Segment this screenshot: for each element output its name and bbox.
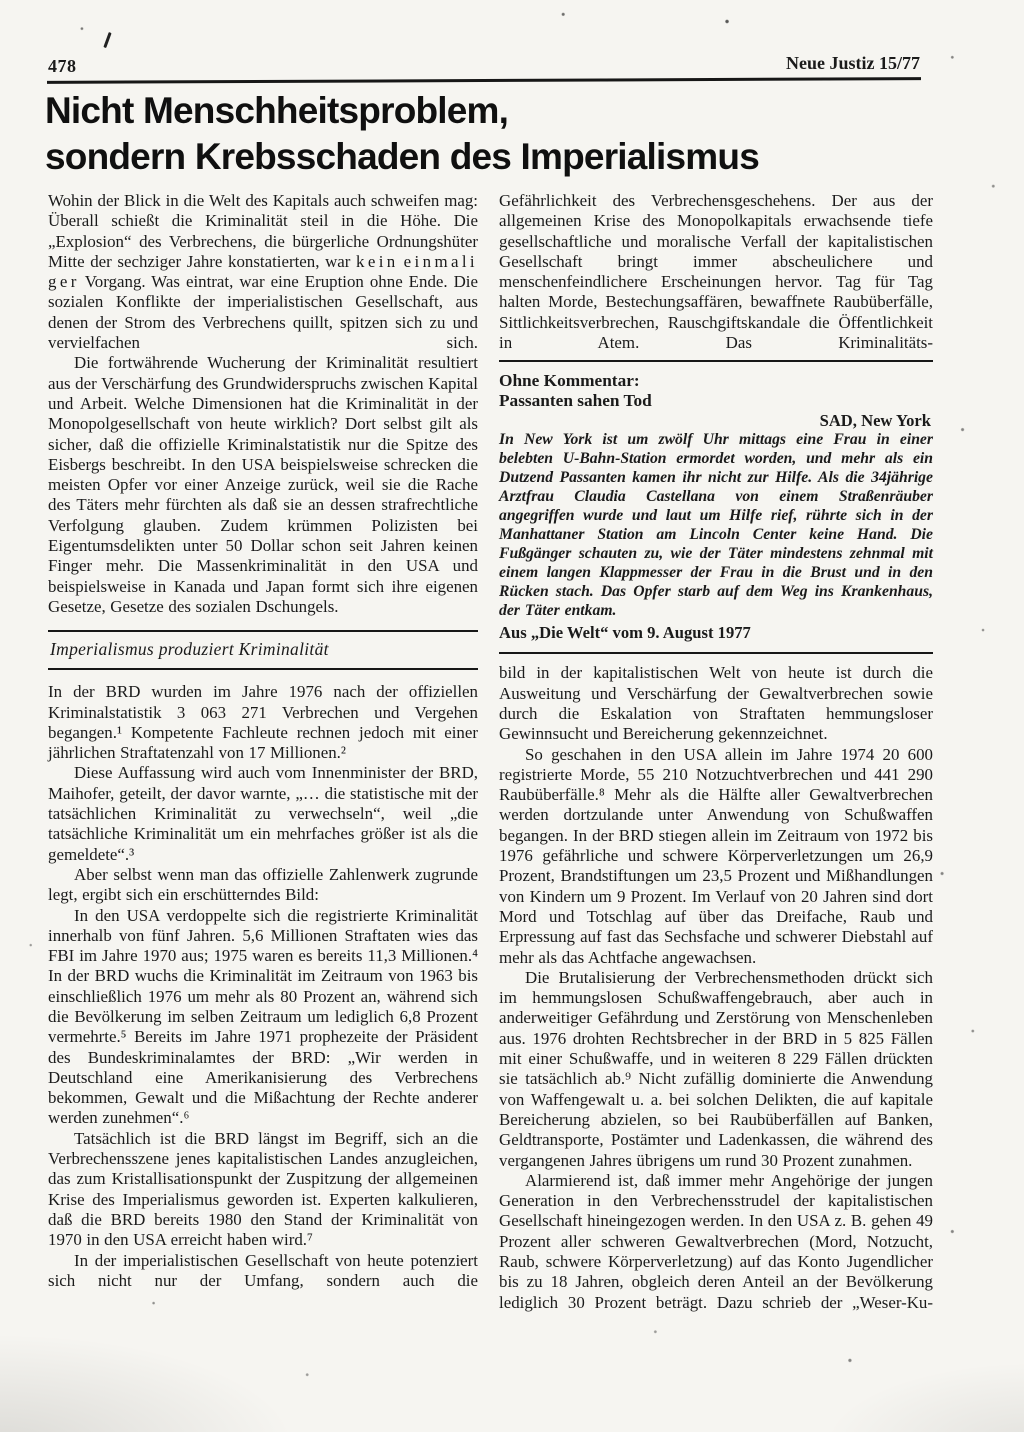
article-title-line2: sondern Krebsschaden des Imperialismus	[45, 136, 759, 177]
paragraph: So geschahen in den USA allein im Jahre …	[499, 745, 933, 968]
journal-title: Neue Justiz 15/77	[786, 53, 920, 74]
paragraph: Die Brutalisierung der Verbrechensmethod…	[499, 968, 933, 1171]
paragraph: bild in der kapitalistischen Welt von he…	[499, 663, 933, 744]
scan-artifact-slash	[103, 32, 111, 48]
left-column: Wohin der Blick in die Welt des Kapitals…	[48, 191, 478, 1291]
paragraph: In der BRD wurden im Jahre 1976 nach der…	[48, 682, 478, 763]
article-title: Nicht Menschheitsproblem, sondern Krebss…	[45, 88, 759, 180]
paragraph: Diese Auffassung wird auch vom Innenmini…	[48, 763, 478, 864]
paragraph: In der imperialistischen Gesellschaft vo…	[48, 1251, 478, 1292]
header-rule	[47, 77, 921, 83]
paragraph: In den USA verdoppelte sich die registri…	[48, 906, 478, 1129]
section-heading: Imperialismus produziert Kriminalität	[48, 630, 478, 670]
paragraph: Gefährlichkeit des Verbrechensgeschehens…	[499, 191, 933, 353]
paragraph: Wohin der Blick in die Welt des Kapitals…	[48, 191, 478, 353]
box-source: Aus „Die Welt“ vom 9. August 1977	[499, 623, 933, 642]
article-title-line1: Nicht Menschheitsproblem,	[45, 90, 508, 131]
paragraph: Die fortwährende Wucherung der Kriminali…	[48, 353, 478, 617]
page-number: 478	[48, 56, 77, 77]
box-body: In New York ist um zwölf Uhr mittags ein…	[499, 430, 933, 620]
magazine-page: 478 Neue Justiz 15/77 Nicht Menschheitsp…	[0, 0, 1024, 1432]
paragraph: Tatsächlich ist die BRD längst im Begrif…	[48, 1129, 478, 1251]
paragraph: Alarmierend ist, daß immer mehr Angehöri…	[499, 1171, 933, 1313]
box-title-line2: Passanten sahen Tod	[499, 391, 933, 411]
paragraph: Aber selbst wenn man das offizielle Zahl…	[48, 865, 478, 906]
ohne-kommentar-box: Ohne Kommentar: Passanten sahen Tod SAD,…	[499, 360, 933, 654]
box-byline: SAD, New York	[499, 411, 933, 430]
right-column: Gefährlichkeit des Verbrechensgeschehens…	[499, 191, 933, 1313]
box-title-line1: Ohne Kommentar:	[499, 371, 933, 391]
